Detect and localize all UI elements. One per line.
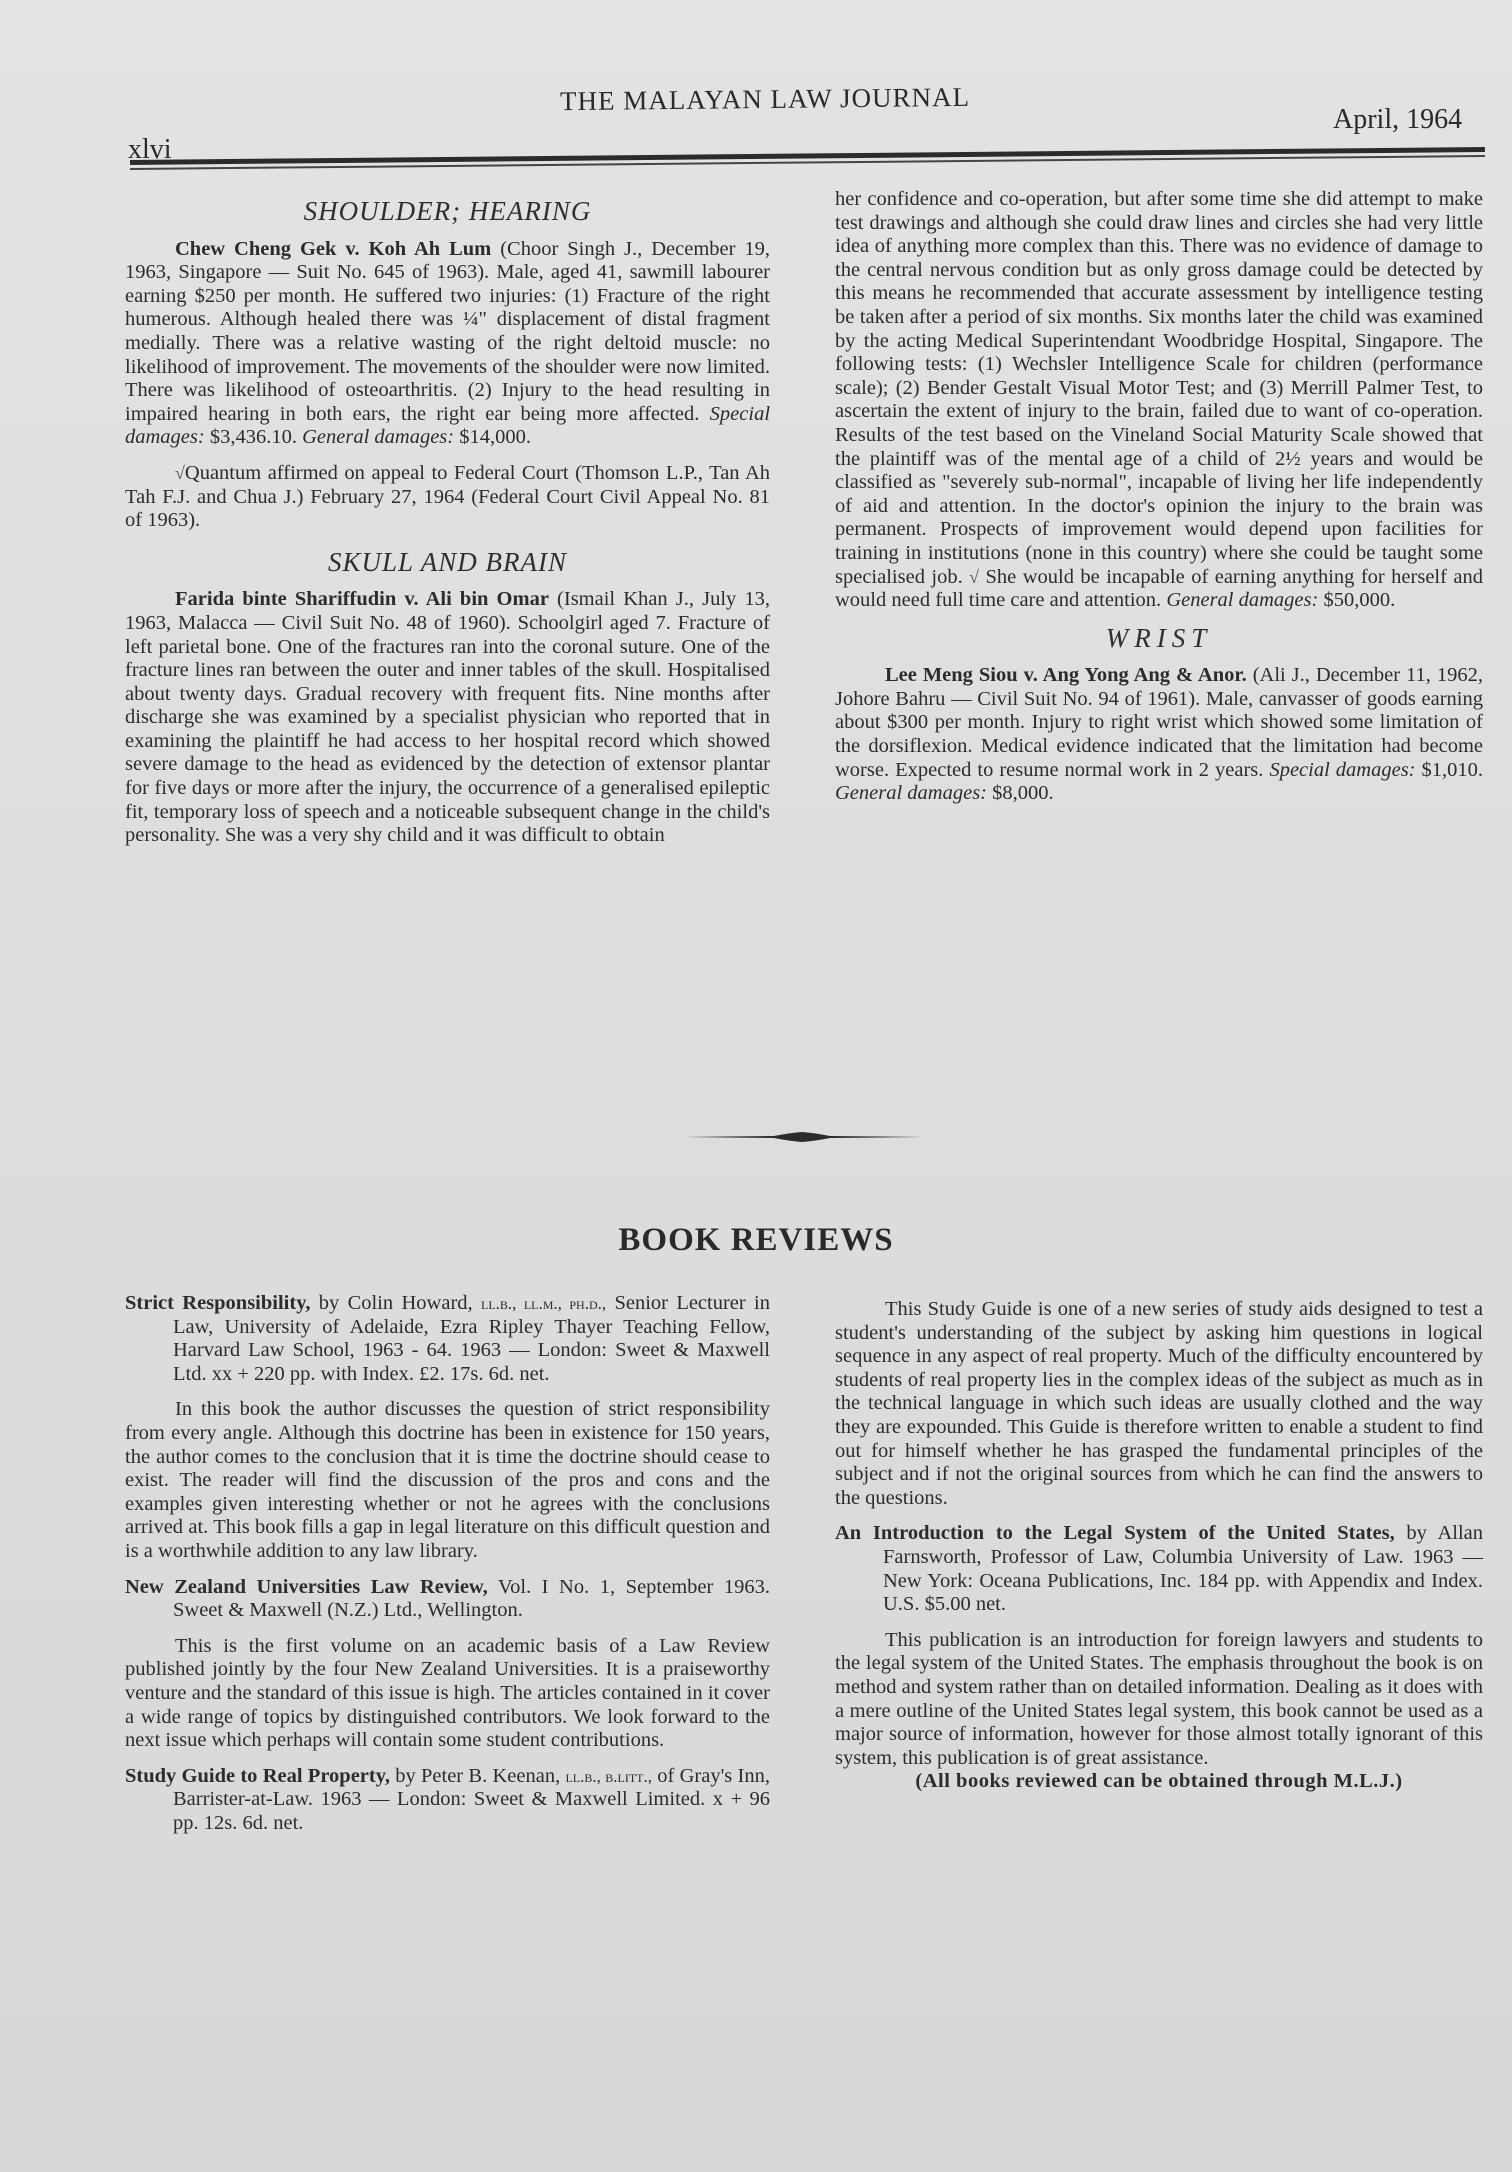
left-column-reviews: Strict Responsibility, by Colin Howard, …	[125, 1292, 770, 1835]
issue-date: April, 1964	[1333, 104, 1462, 136]
appeal-note: √Quantum affirmed on appeal to Federal C…	[125, 462, 770, 533]
header-rule	[130, 147, 1485, 170]
appeal-note-text: Quantum affirmed on appeal to Federal Co…	[125, 462, 770, 531]
case-wrist: Lee Meng Siou v. Ang Yong Ang & Anor. (A…	[835, 664, 1483, 806]
book-review-text: In this book the author discusses the qu…	[125, 1398, 770, 1563]
case-name: Chew Cheng Gek v. Koh Ah Lum	[175, 238, 491, 260]
special-damages-value: $1,010.	[1422, 759, 1484, 781]
book-entry-us-legal-system: An Introduction to the Legal System of t…	[835, 1522, 1483, 1616]
general-damages-value: $14,000.	[459, 426, 531, 448]
footer-note: (All books reviewed can be obtained thro…	[835, 1770, 1483, 1794]
right-column-reviews: This Study Guide is one of a new series …	[835, 1298, 1483, 1794]
case-skull-brain-continued: her confidence and co-operation, but aft…	[835, 188, 1483, 613]
general-damages-value: $50,000.	[1323, 589, 1395, 611]
case-name: Lee Meng Siou v. Ang Yong Ang & Anor.	[885, 664, 1247, 686]
section-heading-wrist: WRIST	[835, 627, 1483, 651]
case-shoulder-hearing: Chew Cheng Gek v. Koh Ah Lum (Choor Sing…	[125, 238, 770, 450]
book-entry-strict-responsibility: Strict Responsibility, by Colin Howard, …	[125, 1292, 770, 1386]
book-review-text: This publication is an introduction for …	[835, 1629, 1483, 1771]
checkmark-icon: √	[175, 463, 185, 483]
special-damages-label: Special damages:	[1269, 759, 1415, 781]
book-title: Study Guide to Real Property,	[125, 1765, 390, 1787]
checkmark-icon: √	[969, 567, 979, 587]
journal-title: THE MALAYAN LAW JOURNAL	[560, 82, 970, 117]
book-entry-nz-law-review: New Zealand Universities Law Review, Vol…	[125, 1576, 770, 1623]
right-column-cases: her confidence and co-operation, but aft…	[835, 188, 1483, 806]
special-damages-value: $3,436.10.	[210, 426, 297, 448]
left-column-cases: SHOULDER; HEARING Chew Cheng Gek v. Koh …	[125, 200, 770, 848]
case-name: Farida binte Shariffudin v. Ali bin Omar	[175, 588, 549, 610]
book-review-text: This Study Guide is one of a new series …	[835, 1298, 1483, 1510]
section-heading-skull-brain: SKULL AND BRAIN	[125, 551, 770, 575]
general-damages-label: General damages:	[835, 782, 987, 804]
book-degrees: ll.b., ll.m., ph.d.,	[481, 1294, 606, 1313]
ornament-divider	[684, 1130, 922, 1144]
book-title: An Introduction to the Legal System of t…	[835, 1522, 1395, 1544]
case-skull-brain: Farida binte Shariffudin v. Ali bin Omar…	[125, 588, 770, 848]
general-damages-value: $8,000.	[992, 782, 1054, 804]
book-author: by Peter B. Keenan,	[395, 1765, 560, 1787]
general-damages-label: General damages:	[1166, 589, 1318, 611]
book-review-text: This is the first volume on an academic …	[125, 1635, 770, 1753]
book-entry-study-guide: Study Guide to Real Property, by Peter B…	[125, 1765, 770, 1836]
book-author: by Colin Howard,	[319, 1292, 473, 1314]
section-heading-shoulder-hearing: SHOULDER; HEARING	[125, 200, 770, 224]
book-reviews-heading: BOOK REVIEWS	[0, 1222, 1512, 1259]
book-title: Strict Responsibility,	[125, 1292, 310, 1314]
case-body: (Choor Singh J., December 19, 1963, Sing…	[125, 238, 770, 425]
book-degrees: ll.b., b.litt.,	[565, 1767, 652, 1786]
case-body-continued: her confidence and co-operation, but aft…	[835, 188, 1483, 588]
case-body: (Ismail Khan J., July 13, 1963, Malacca …	[125, 588, 770, 846]
book-title: New Zealand Universities Law Review,	[125, 1576, 488, 1598]
journal-page: THE MALAYAN LAW JOURNAL xlvi April, 1964…	[0, 0, 1512, 2172]
general-damages-label: General damages:	[302, 426, 454, 448]
